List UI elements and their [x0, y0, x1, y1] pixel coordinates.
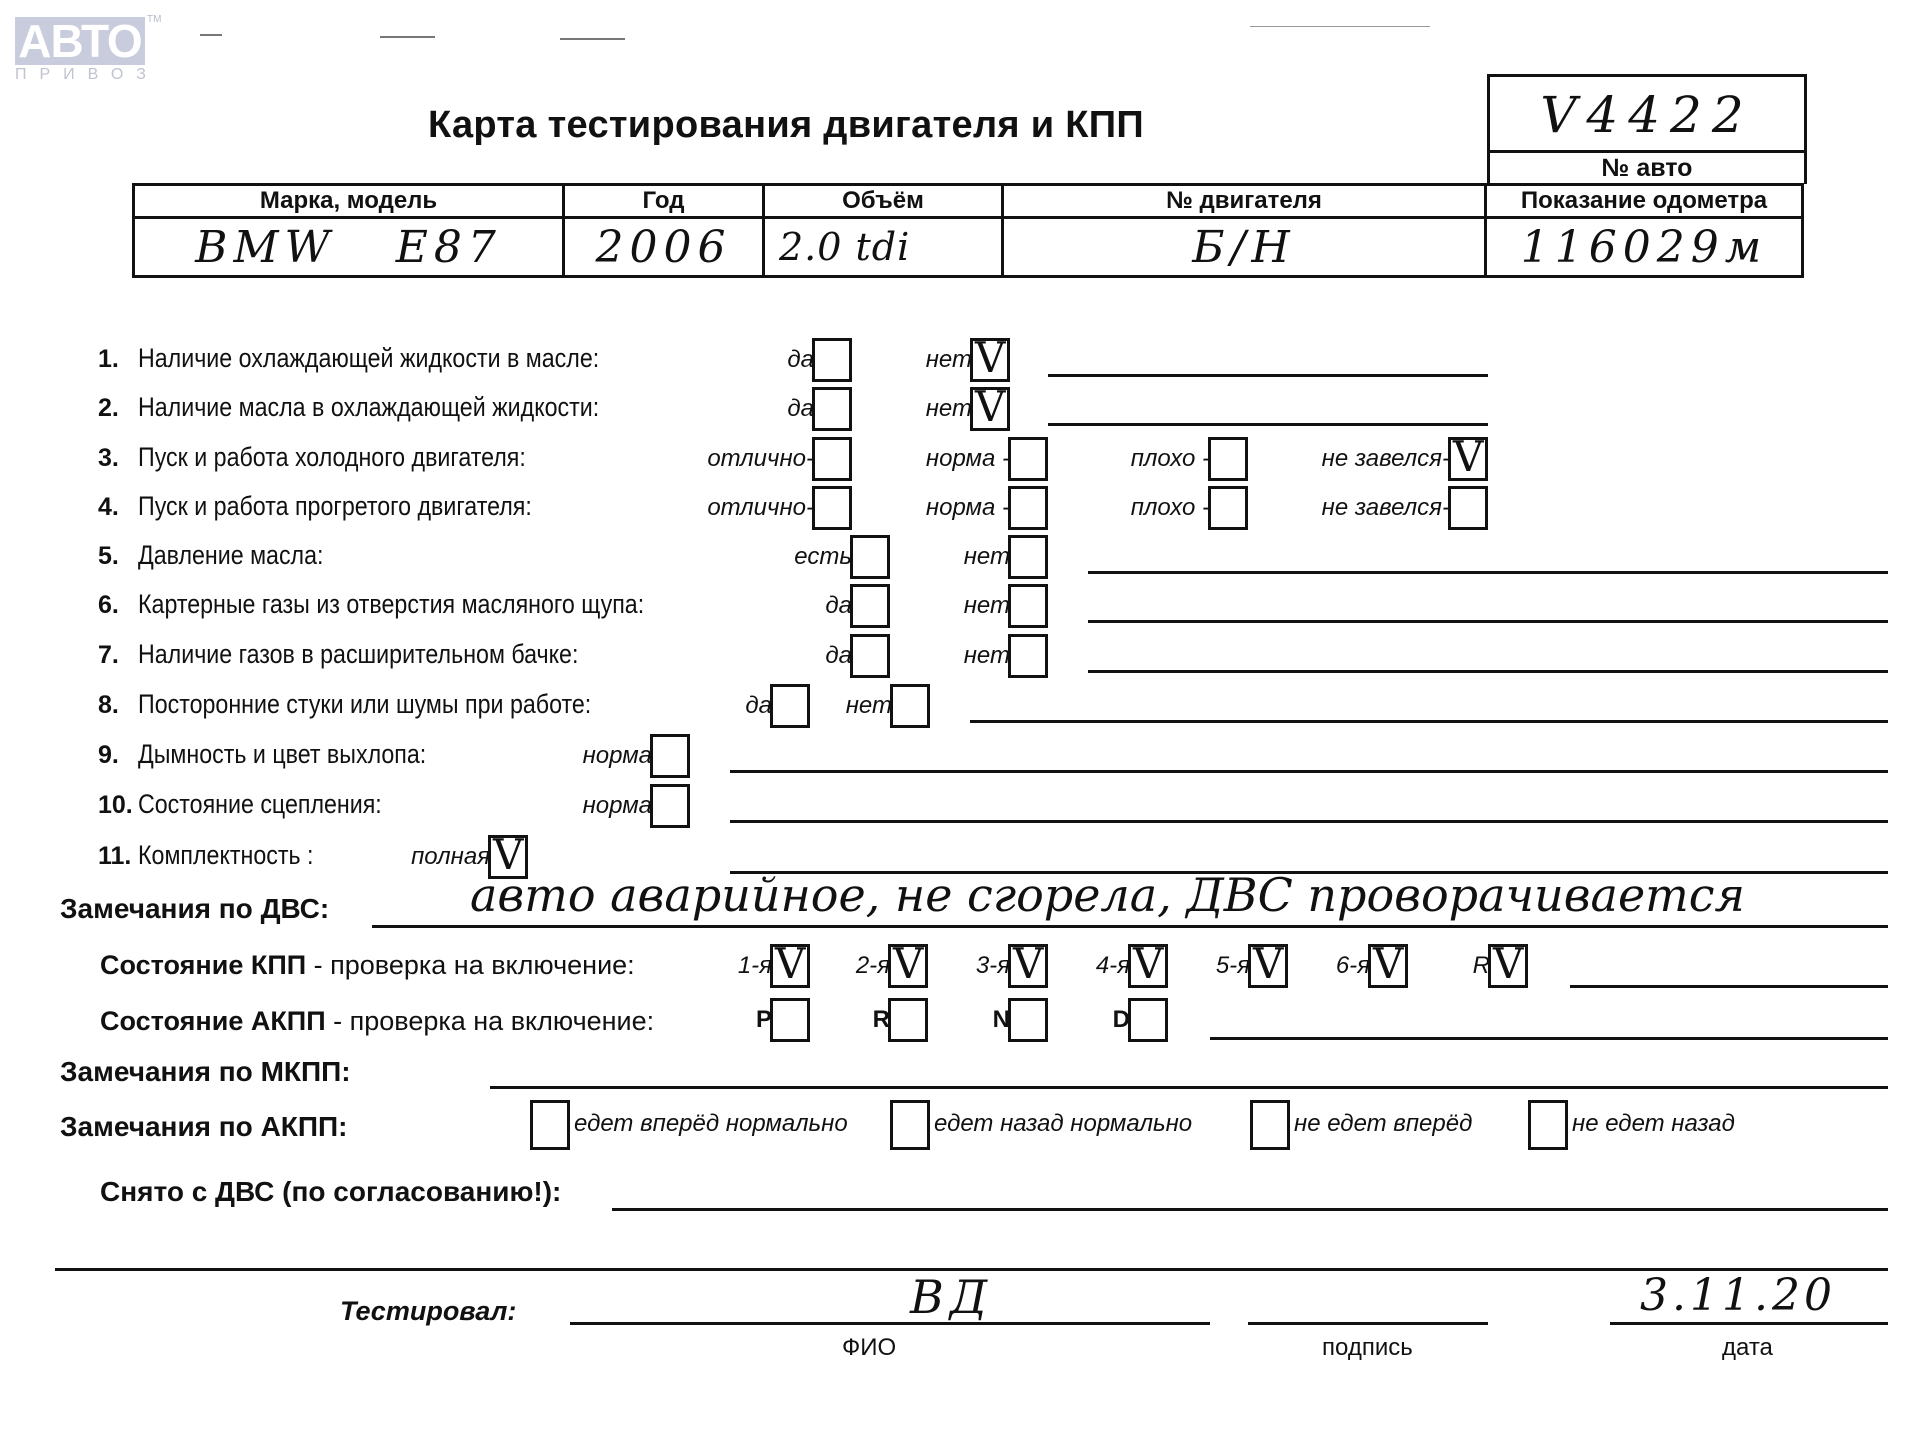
- gear-label: 5-я: [1216, 952, 1250, 980]
- notes-line[interactable]: [730, 820, 1888, 823]
- tester-name-line[interactable]: [570, 1322, 1210, 1325]
- item-label: Посторонние стуки или шумы при работе:: [138, 689, 591, 720]
- column-header-year: Год: [564, 185, 764, 218]
- tester-name-value: ВД: [910, 1270, 993, 1324]
- checkbox[interactable]: [850, 535, 890, 579]
- logo: АВТО: [15, 17, 145, 65]
- item-label: Наличие масла в охлаждающей жидкости:: [138, 392, 599, 423]
- akpp-mode-checkbox[interactable]: [770, 998, 810, 1042]
- removed-from-engine-line[interactable]: [612, 1208, 1888, 1211]
- checkbox[interactable]: [812, 486, 852, 530]
- option-label: нет: [964, 642, 1010, 670]
- item-label: Пуск и работа холодного двигателя:: [138, 442, 526, 473]
- akpp-remark-checkbox[interactable]: [530, 1100, 570, 1150]
- gear-checkbox[interactable]: V: [1128, 944, 1168, 988]
- checkbox[interactable]: [650, 734, 690, 778]
- akpp-remarks-label: Замечания по АКПП:: [60, 1111, 347, 1143]
- akpp-notes-line: [1210, 1037, 1888, 1040]
- checkbox[interactable]: [1448, 486, 1488, 530]
- option-label: не завелся-: [1322, 494, 1450, 522]
- option-label: нет: [926, 346, 972, 374]
- item-number: 4.: [98, 493, 119, 522]
- gear-label: 6-я: [1336, 952, 1370, 980]
- item-label: Комплектность :: [138, 840, 313, 871]
- item-number: 8.: [98, 691, 119, 720]
- checkbox[interactable]: [1208, 486, 1248, 530]
- option-label: есть: [794, 543, 852, 571]
- notes-line[interactable]: [1088, 620, 1888, 623]
- make-model-field[interactable]: BMW E87: [134, 218, 564, 277]
- checkbox[interactable]: [770, 684, 810, 728]
- checkbox[interactable]: [812, 387, 852, 431]
- item-label: Пуск и работа прогретого двигателя:: [138, 491, 532, 522]
- notes-line[interactable]: [730, 770, 1888, 773]
- dvs-remarks-value[interactable]: авто аварийное, не сгорела, ДВС проворач…: [470, 868, 1745, 922]
- option-label: нет: [964, 543, 1010, 571]
- option-label: да: [787, 395, 814, 423]
- notes-line[interactable]: [1088, 571, 1888, 574]
- car-number-label: № авто: [1487, 150, 1807, 184]
- gear-checkbox[interactable]: V: [888, 944, 928, 988]
- car-number-cell[interactable]: V4422: [1487, 74, 1807, 150]
- scan-artifact: [560, 38, 625, 40]
- checkbox[interactable]: [1008, 486, 1048, 530]
- kpp-label-bold: Состояние КПП: [100, 950, 306, 980]
- item-number: 10.: [98, 791, 133, 820]
- check-mark-icon: V: [1373, 939, 1403, 989]
- akpp-remark-label: не едет назад: [1572, 1110, 1735, 1138]
- checkbox[interactable]: [1008, 535, 1048, 579]
- option-label: да: [825, 642, 852, 670]
- year-field[interactable]: 2006: [564, 218, 764, 277]
- option-label: нет: [926, 395, 972, 423]
- tester-label: Тестировал:: [340, 1296, 516, 1327]
- option-label: плохо -: [1131, 494, 1210, 522]
- volume-field[interactable]: 2.0 tdi: [764, 218, 1003, 277]
- item-label: Картерные газы из отверстия масляного щу…: [138, 589, 644, 620]
- gear-checkbox[interactable]: V: [1368, 944, 1408, 988]
- column-header-engine-number: № двигателя: [1003, 185, 1486, 218]
- item-number: 11.: [98, 842, 131, 871]
- item-number: 1.: [98, 345, 119, 374]
- option-label: да: [745, 692, 772, 720]
- option-label: отлично-: [707, 494, 814, 522]
- option-label: норма -: [926, 494, 1010, 522]
- akpp-mode-checkbox[interactable]: [888, 998, 928, 1042]
- option-label: нет: [964, 592, 1010, 620]
- item-number: 2.: [98, 394, 119, 423]
- column-header-volume: Объём: [764, 185, 1003, 218]
- akpp-label: Состояние АКПП - проверка на включение:: [100, 1006, 654, 1037]
- check-mark-icon: V: [1253, 939, 1283, 989]
- make-model-value: BMW E87: [195, 222, 502, 273]
- page-title: Карта тестирования двигателя и КПП: [428, 104, 1144, 147]
- tester-name-caption: ФИО: [842, 1334, 896, 1362]
- odometer-field[interactable]: 116029м: [1486, 218, 1803, 277]
- notes-line[interactable]: [1048, 423, 1488, 426]
- checkbox[interactable]: [1008, 584, 1048, 628]
- checkbox[interactable]: [890, 684, 930, 728]
- year-value: 2006: [596, 222, 732, 273]
- option-label: да: [825, 592, 852, 620]
- option-label: не завелся-: [1322, 445, 1450, 473]
- checkbox[interactable]: [650, 784, 690, 828]
- option-label: норма: [583, 742, 652, 770]
- akpp-label-rest: - проверка на включение:: [326, 1006, 655, 1036]
- dvs-remarks-label: Замечания по ДВС:: [60, 893, 329, 925]
- item-number: 9.: [98, 741, 119, 770]
- akpp-mode-checkbox[interactable]: [1128, 998, 1168, 1042]
- check-mark-icon: V: [1493, 939, 1523, 989]
- check-mark-icon: V: [775, 939, 805, 989]
- kpp-label: Состояние КПП - проверка на включение:: [100, 950, 635, 981]
- item-label: Давление масла:: [138, 540, 323, 571]
- logo-subtitle: ПРИВОЗ: [15, 66, 150, 84]
- checkbox[interactable]: [1208, 437, 1248, 481]
- vehicle-info-table: Марка, модель Год Объём № двигателя Пока…: [132, 183, 1804, 278]
- item-number: 5.: [98, 542, 119, 571]
- check-mark-icon: V: [975, 333, 1005, 383]
- mkpp-remarks-line[interactable]: [490, 1086, 1888, 1089]
- check-mark-icon: V: [975, 382, 1005, 432]
- gear-checkbox[interactable]: V: [1008, 944, 1048, 988]
- option-label: полная: [411, 843, 490, 871]
- option-label: отлично-: [707, 445, 814, 473]
- car-number-value: V4422: [1540, 86, 1753, 144]
- notes-line[interactable]: [1088, 670, 1888, 673]
- akpp-remark-checkbox[interactable]: [1528, 1100, 1568, 1150]
- option-label: норма: [583, 792, 652, 820]
- logo-trademark: TM: [147, 14, 161, 25]
- removed-from-engine-label: Снято с ДВС (по согласованию!):: [100, 1176, 561, 1208]
- signature-caption: подпись: [1322, 1334, 1413, 1362]
- checkbox[interactable]: V: [1448, 437, 1488, 481]
- gear-checkbox[interactable]: V: [1248, 944, 1288, 988]
- notes-line[interactable]: [1048, 374, 1488, 377]
- akpp-remark-label: едет назад нормально: [934, 1110, 1192, 1138]
- gear-checkbox[interactable]: V: [770, 944, 810, 988]
- notes-line[interactable]: [970, 720, 1888, 723]
- scan-artifact: [1250, 26, 1430, 27]
- gear-label: 3-я: [976, 952, 1010, 980]
- car-number-box: V4422 № авто: [1487, 74, 1807, 184]
- column-header-make-model: Марка, модель: [134, 185, 564, 218]
- checkbox[interactable]: V: [970, 387, 1010, 431]
- scan-artifact: [380, 36, 435, 38]
- dvs-remarks-line: [372, 925, 1888, 928]
- item-number: 3.: [98, 444, 119, 473]
- gear-checkbox[interactable]: V: [1488, 944, 1528, 988]
- checkbox[interactable]: V: [970, 338, 1010, 382]
- kpp-notes-line: [1570, 985, 1888, 988]
- akpp-label-bold: Состояние АКПП: [100, 1006, 326, 1036]
- akpp-mode-checkbox[interactable]: [1008, 998, 1048, 1042]
- engine-number-field[interactable]: Б/Н: [1003, 218, 1486, 277]
- gear-label: 1-я: [738, 952, 772, 980]
- checkbox[interactable]: [850, 634, 890, 678]
- checkbox[interactable]: [1008, 437, 1048, 481]
- date-line[interactable]: [1610, 1322, 1888, 1325]
- engine-number-value: Б/Н: [1192, 222, 1296, 273]
- check-mark-icon: V: [1133, 939, 1163, 989]
- checkbox[interactable]: [1008, 634, 1048, 678]
- column-header-odometer: Показание одометра: [1486, 185, 1803, 218]
- option-label: да: [787, 346, 814, 374]
- signature-line[interactable]: [1248, 1322, 1488, 1325]
- gear-label: 2-я: [856, 952, 890, 980]
- checkbox[interactable]: [812, 437, 852, 481]
- akpp-remark-checkbox[interactable]: [1250, 1100, 1290, 1150]
- date-caption: дата: [1722, 1334, 1773, 1362]
- gear-label: 4-я: [1096, 952, 1130, 980]
- item-label: Состояние сцепления:: [138, 789, 382, 820]
- odometer-value: 116029м: [1521, 222, 1767, 273]
- check-mark-icon: V: [893, 939, 923, 989]
- option-label: плохо -: [1131, 445, 1210, 473]
- item-label: Дымность и цвет выхлопа:: [138, 739, 426, 770]
- akpp-remark-label: едет вперёд нормально: [574, 1110, 848, 1138]
- date-value: 3.11.20: [1640, 1270, 1836, 1321]
- option-label: норма -: [926, 445, 1010, 473]
- item-label: Наличие газов в расширительном бачке:: [138, 639, 578, 670]
- item-label: Наличие охлаждающей жидкости в масле:: [138, 343, 599, 374]
- akpp-remark-checkbox[interactable]: [890, 1100, 930, 1150]
- checkbox[interactable]: [850, 584, 890, 628]
- volume-value: 2.0 tdi: [779, 225, 910, 269]
- item-number: 7.: [98, 641, 119, 670]
- mkpp-remarks-label: Замечания по МКПП:: [60, 1056, 351, 1088]
- akpp-remark-label: не едет вперёд: [1294, 1110, 1472, 1138]
- check-mark-icon: V: [1013, 939, 1043, 989]
- kpp-label-rest: - проверка на включение:: [306, 950, 635, 980]
- checkbox[interactable]: [812, 338, 852, 382]
- item-number: 6.: [98, 591, 119, 620]
- check-mark-icon: V: [1453, 432, 1483, 482]
- scan-artifact: [200, 34, 222, 36]
- option-label: нет: [846, 692, 892, 720]
